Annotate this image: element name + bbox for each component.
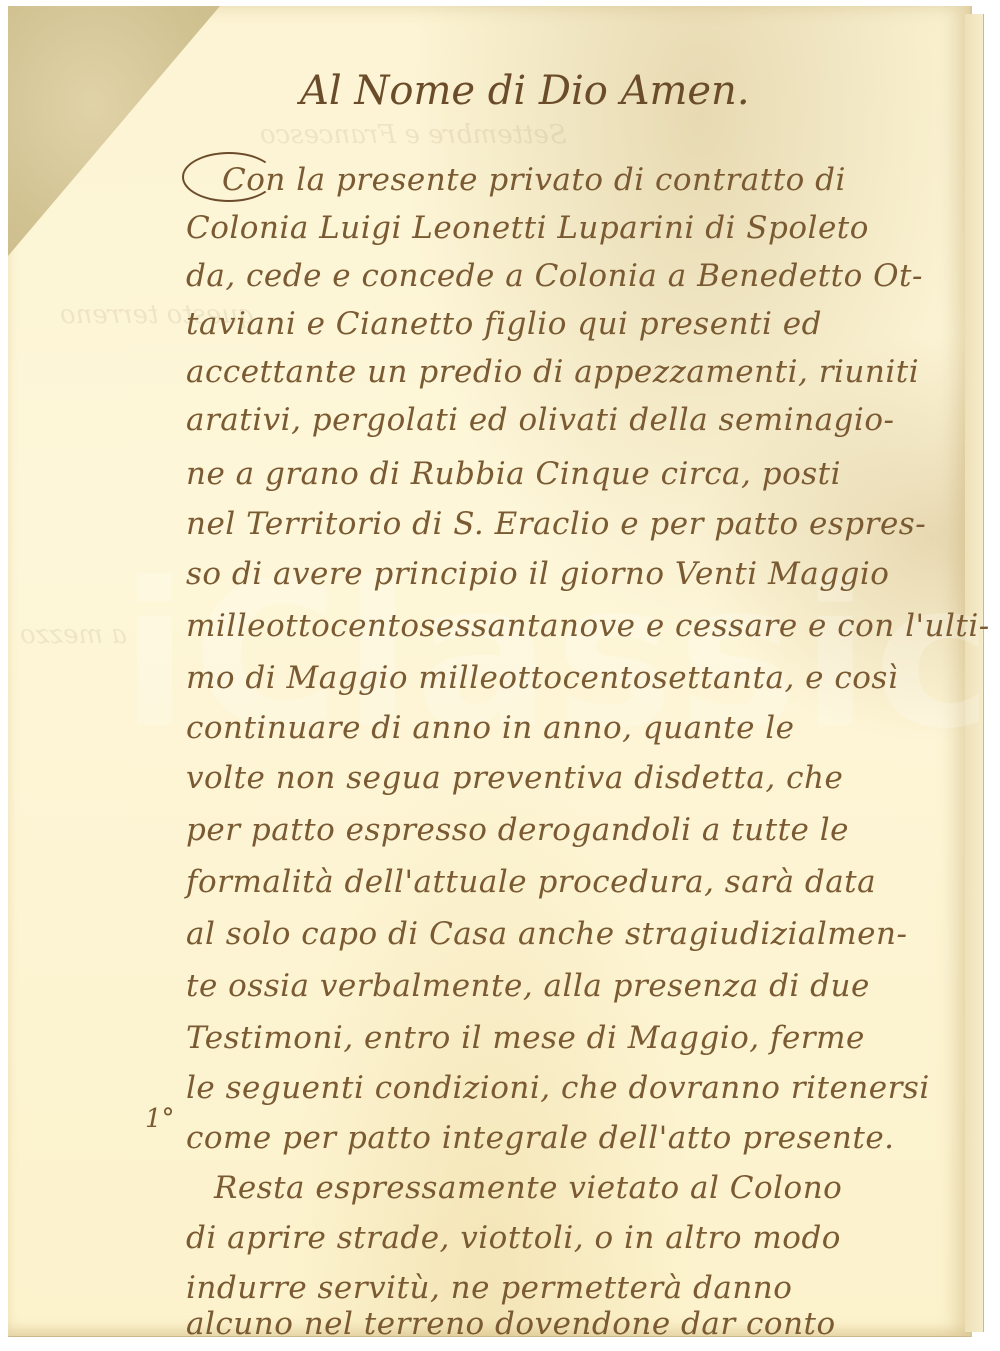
text-line-1: Con la presente privato di contratto di <box>222 162 846 198</box>
text-line-22: di aprire strade, viottoli, o in altro m… <box>186 1220 841 1256</box>
text-line-16: al solo capo di Casa anche stragiudizial… <box>186 916 907 952</box>
text-line-24: alcuno nel terreno dovendone dar conto <box>186 1306 836 1342</box>
text-line-2: Colonia Luigi Leonetti Luparini di Spole… <box>186 210 869 246</box>
text-line-4: taviani e Cianetto figlio qui presenti e… <box>186 306 822 342</box>
text-line-19: le seguenti condizioni, che dovranno rit… <box>186 1070 930 1106</box>
text-line-20: come per patto integrale dell'atto prese… <box>186 1120 895 1156</box>
ink-bleed-through: Settembre e Francesco <box>260 120 567 150</box>
text-line-9: so di avere principio il giorno Venti Ma… <box>186 556 889 592</box>
text-line-14: per patto espresso derogandoli a tutte l… <box>186 812 849 848</box>
text-line-18: Testimoni, entro il mese di Maggio, ferm… <box>186 1020 865 1056</box>
text-line-5: accettante un predio di appezzamenti, ri… <box>186 354 919 390</box>
text-line-21: Resta espressamente vietato al Colono <box>214 1170 842 1206</box>
text-line-13: volte non segua preventiva disdetta, che <box>186 760 843 796</box>
text-line-7: ne a grano di Rubbia Cinque circa, posti <box>186 456 841 492</box>
text-line-15: formalità dell'attuale procedura, sarà d… <box>186 864 876 900</box>
text-line-8: nel Territorio di S. Eraclio e per patto… <box>186 506 926 542</box>
document-scan: Settembre e Francesco questo terreno a m… <box>0 0 1000 1351</box>
text-line-10: milleottocentosessantanove e cessare e c… <box>186 608 990 644</box>
text-line-23: indurre servitù, ne permetterà danno <box>186 1270 792 1306</box>
text-line-6: arativi, pergolati ed olivati della semi… <box>186 402 894 438</box>
text-line-11: mo di Maggio milleottocentosettanta, e c… <box>186 660 898 696</box>
text-line-17: te ossia verbalmente, alla presenza di d… <box>186 968 870 1004</box>
document-title: Al Nome di Dio Amen. <box>300 68 750 114</box>
back-sheet-edge <box>965 14 984 1332</box>
text-line-12: continuare di anno in anno, quante le <box>186 710 795 746</box>
ink-bleed-through: a mezzo <box>20 620 127 650</box>
text-line-3: da, cede e concede a Colonia a Benedetto… <box>186 258 923 294</box>
clause-number: 1° <box>145 1104 175 1134</box>
